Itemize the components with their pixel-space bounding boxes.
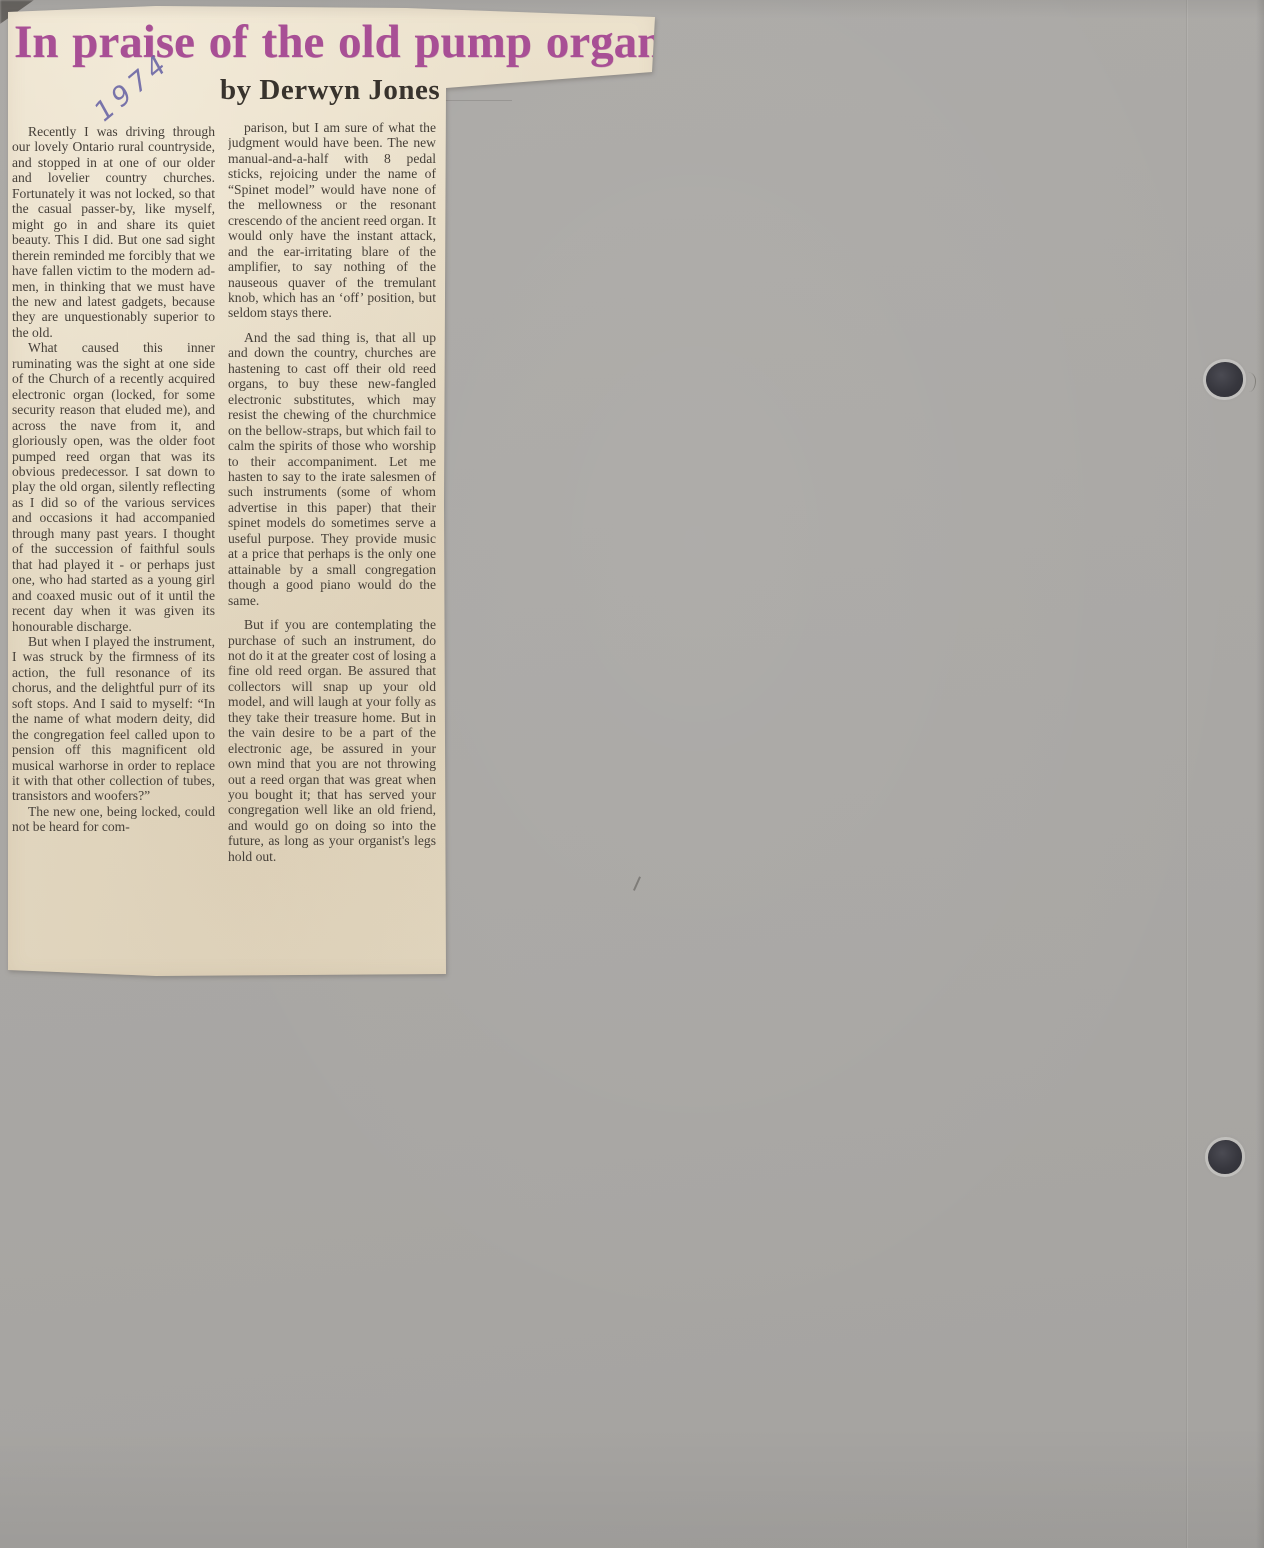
article-paragraph: And the sad thing is, that all up and do… (228, 330, 436, 608)
page-right-edge-shade (1256, 0, 1264, 1548)
article-paragraph: But when I played the instrument, I was … (12, 634, 215, 804)
article-column-2: parison, but I am sure of what the judgm… (228, 120, 436, 978)
page-crease-line (1186, 0, 1188, 1548)
hole-punch-scratch (1242, 372, 1256, 392)
article-paragraph: What caused this inner ruminating was th… (12, 340, 215, 634)
article-column-1: Recently I was driving through our lovel… (12, 124, 215, 976)
article-paragraph: The new one, being locked, could not be … (12, 804, 215, 835)
article-headline: In praise of the old pump organ (14, 18, 654, 67)
hole-punch-bottom (1208, 1140, 1242, 1174)
clipping-paper: In praise of the old pump organ by Derwy… (6, 4, 658, 978)
article-paragraph: But if you are contemplating the purchas… (228, 617, 436, 864)
article-paragraph: Recently I was driving through our lovel… (12, 124, 215, 340)
article-paragraph: parison, but I am sure of what the judgm… (228, 120, 436, 321)
article-byline: by Derwyn Jones (220, 74, 440, 107)
hole-punch-top (1206, 362, 1243, 397)
scrapbook-page: In praise of the old pump organ by Derwy… (0, 0, 1264, 1548)
newspaper-clipping: In praise of the old pump organ by Derwy… (6, 4, 658, 978)
